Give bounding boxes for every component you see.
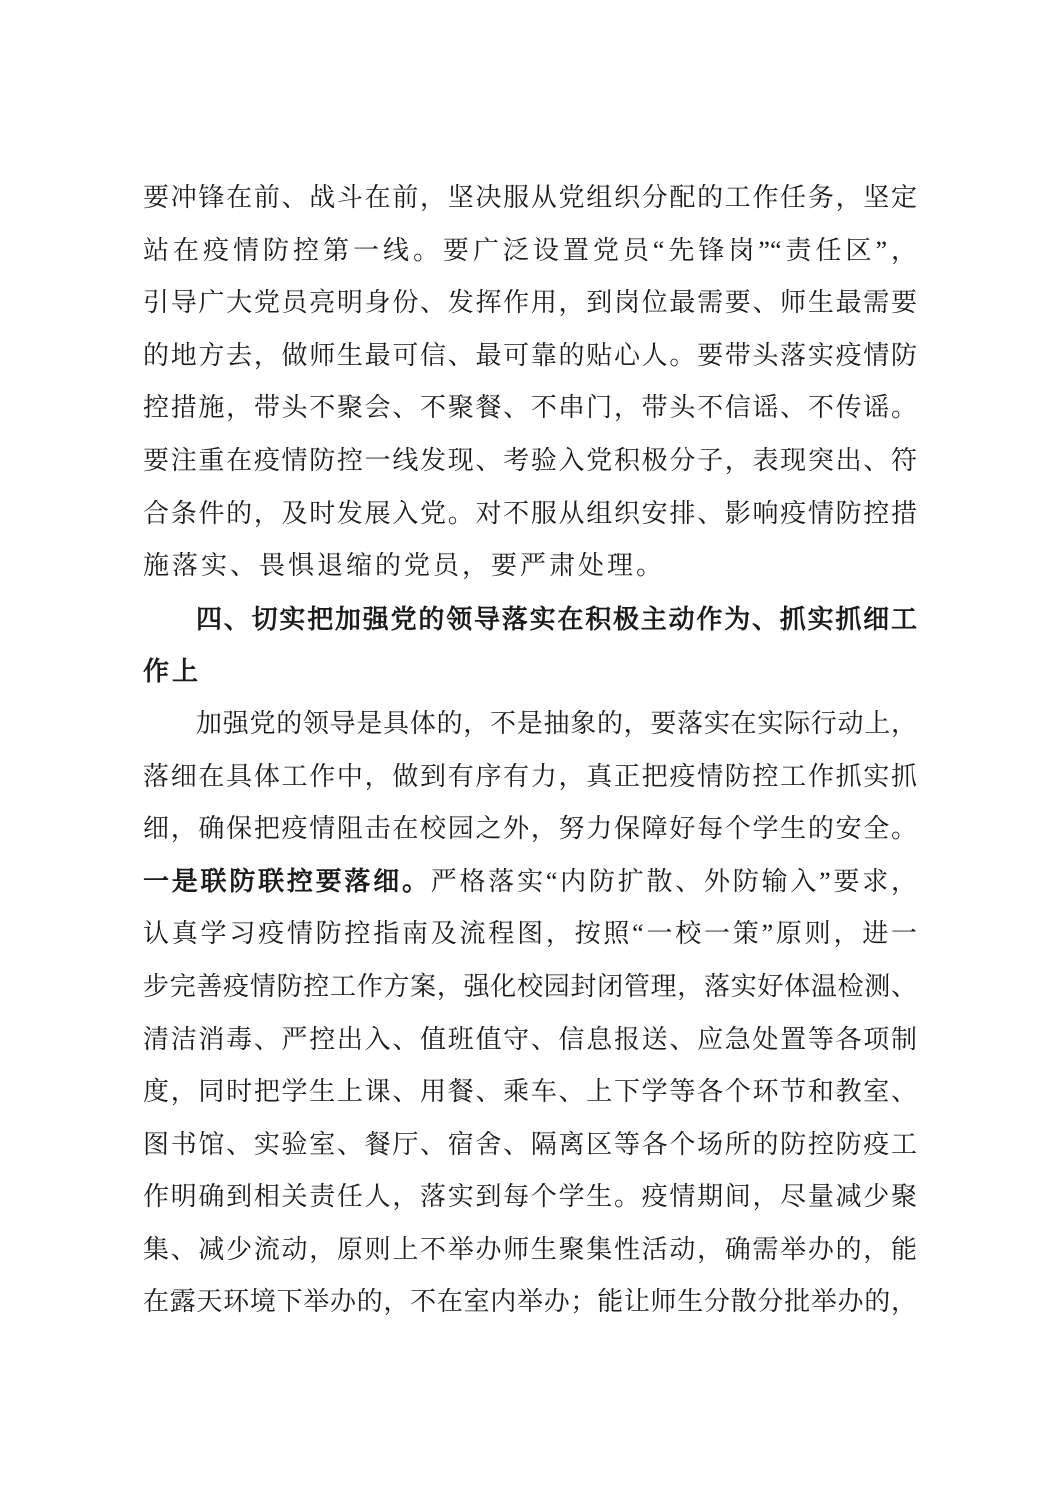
text-line: 控措施，带头不聚会、不聚餐、不串门，带头不信谣、不传谣。	[143, 382, 917, 435]
emphasized-text-run: 一是联防联控要落细。	[143, 867, 431, 896]
text-run: 施落实、畏惧退缩的党员，要严肃处理。	[143, 551, 665, 580]
text-line: 清洁消毒、严控出入、值班值守、信息报送、应急处置等各项制	[143, 1014, 917, 1067]
heading-line: 四、切实把加强党的领导落实在积极主动作为、抓实抓细工	[143, 593, 917, 646]
text-run: 要冲锋在前、战斗在前，坚决服从党组织分配的工作任务，坚定	[143, 183, 917, 212]
heading-line: 作上	[143, 645, 917, 698]
text-line: 要冲锋在前、战斗在前，坚决服从党组织分配的工作任务，坚定	[143, 172, 917, 225]
text-run: 度，同时把学生上课、用餐、乘车、上下学等各个环节和教室、	[143, 1077, 917, 1106]
text-line: 引导广大党员亮明身份、发挥作用，到岗位最需要、师生最需要	[143, 277, 917, 330]
text-line: 合条件的，及时发展入党。对不服从组织安排、影响疫情防控措	[143, 488, 917, 541]
text-run: 在露天环境下举办的，不在室内举办；能让师生分散分批举办的，	[143, 1287, 917, 1316]
text-line: 细，确保把疫情阻击在校园之外，努力保障好每个学生的安全。	[143, 803, 917, 856]
text-line: 一是联防联控要落细。严格落实“内防扩散、外防输入”要求，	[143, 856, 917, 909]
text-line: 落细在具体工作中，做到有序有力，真正把疫情防控工作抓实抓	[143, 751, 917, 804]
text-run: 步完善疫情防控工作方案，强化校园封闭管理，落实好体温检测、	[143, 972, 917, 1001]
text-line: 站在疫情防控第一线。要广泛设置党员“先锋岗”“责任区”，	[143, 225, 917, 278]
text-run: 要注重在疫情防控一线发现、考验入党积极分子，表现突出、符	[143, 446, 917, 475]
text-run: 的地方去，做师生最可信、最可靠的贴心人。要带头落实疫情防	[143, 341, 917, 370]
text-line: 步完善疫情防控工作方案，强化校园封闭管理，落实好体温检测、	[143, 961, 917, 1014]
text-line: 要注重在疫情防控一线发现、考验入党积极分子，表现突出、符	[143, 435, 917, 488]
text-run: 引导广大党员亮明身份、发挥作用，到岗位最需要、师生最需要	[143, 288, 917, 317]
emphasized-text-run: 四、切实把加强党的领导落实在积极主动作为、抓实抓细工	[196, 604, 917, 634]
text-line: 的地方去，做师生最可信、最可靠的贴心人。要带头落实疫情防	[143, 330, 917, 383]
text-run: 落细在具体工作中，做到有序有力，真正把疫情防控工作抓实抓	[143, 762, 917, 791]
text-run: 作明确到相关责任人，落实到每个学生。疫情期间，尽量减少聚	[143, 1182, 917, 1211]
text-line: 认真学习疫情防控指南及流程图，按照“一校一策”原则，进一	[143, 908, 917, 961]
text-line: 度，同时把学生上课、用餐、乘车、上下学等各个环节和教室、	[143, 1066, 917, 1119]
text-line: 作明确到相关责任人，落实到每个学生。疫情期间，尽量减少聚	[143, 1171, 917, 1224]
text-line: 集、减少流动，原则上不举办师生聚集性活动，确需举办的，能	[143, 1224, 917, 1277]
text-run: 认真学习疫情防控指南及流程图，按照“一校一策”原则，进一	[143, 919, 917, 948]
text-line: 在露天环境下举办的，不在室内举办；能让师生分散分批举办的，	[143, 1276, 917, 1329]
document-page: 要冲锋在前、战斗在前，坚决服从党组织分配的工作任务，坚定站在疫情防控第一线。要广…	[0, 0, 1060, 1500]
text-run: 控措施，带头不聚会、不聚餐、不串门，带头不信谣、不传谣。	[143, 393, 917, 422]
text-run: 加强党的领导是具体的，不是抽象的，要落实在实际行动上，	[196, 709, 917, 738]
text-run: 清洁消毒、严控出入、值班值守、信息报送、应急处置等各项制	[143, 1025, 917, 1054]
text-run: 集、减少流动，原则上不举办师生聚集性活动，确需举办的，能	[143, 1235, 917, 1264]
document-body: 要冲锋在前、战斗在前，坚决服从党组织分配的工作任务，坚定站在疫情防控第一线。要广…	[143, 172, 917, 1329]
text-line: 图书馆、实验室、餐厅、宿舍、隔离区等各个场所的防控防疫工	[143, 1119, 917, 1172]
text-run: 严格落实“内防扩散、外防输入”要求，	[431, 867, 917, 896]
text-run: 图书馆、实验室、餐厅、宿舍、隔离区等各个场所的防控防疫工	[143, 1130, 917, 1159]
text-run: 细，确保把疫情阻击在校园之外，努力保障好每个学生的安全。	[143, 814, 917, 843]
text-line: 施落实、畏惧退缩的党员，要严肃处理。	[143, 540, 917, 593]
text-run: 站在疫情防控第一线。要广泛设置党员“先锋岗”“责任区”，	[143, 236, 917, 265]
text-line: 加强党的领导是具体的，不是抽象的，要落实在实际行动上，	[143, 698, 917, 751]
text-run: 合条件的，及时发展入党。对不服从组织安排、影响疫情防控措	[143, 499, 917, 528]
emphasized-text-run: 作上	[143, 656, 201, 686]
